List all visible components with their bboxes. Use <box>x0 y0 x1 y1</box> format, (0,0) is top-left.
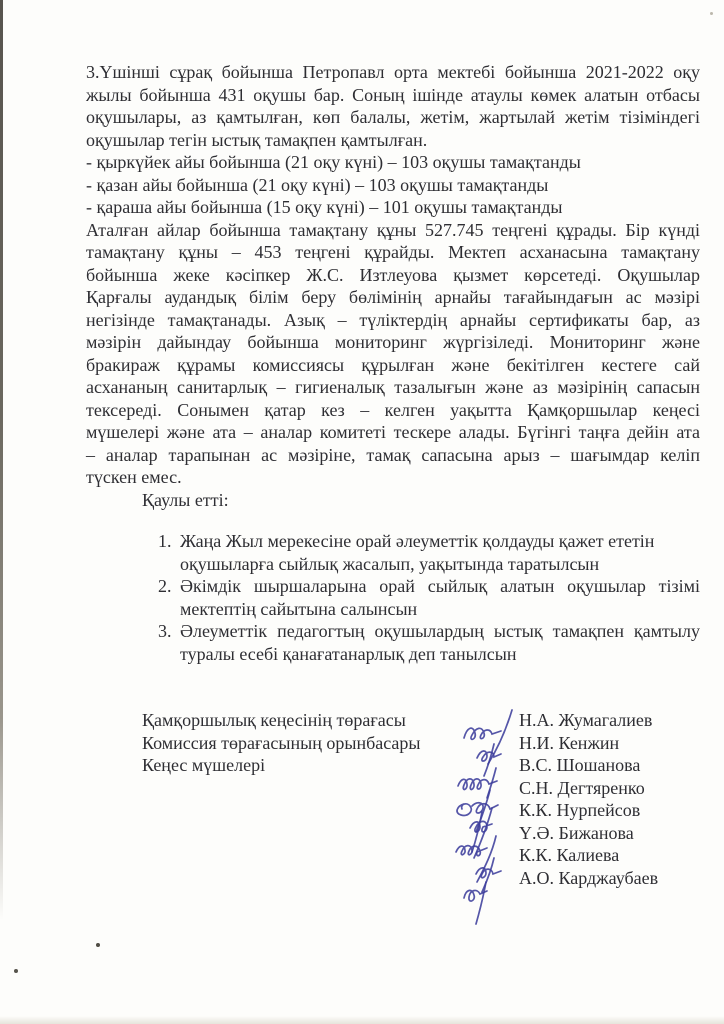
body-line: бракираж құрамы комиссиясы құрылған және… <box>86 354 700 377</box>
resolution-item: 1. Жаңа Жыл мерекесіне орай әлеуметтік қ… <box>158 530 700 575</box>
scan-edge-shadow-bottom <box>0 1016 724 1024</box>
body-line: мәзірін дайындау бойынша мониторинг жүрг… <box>86 331 700 354</box>
signature-stroke <box>476 882 486 924</box>
body-line: оқушылары, аз қамтылған, көп балалы, жет… <box>86 106 700 129</box>
item-line: мектептің сайытына салынсын <box>180 598 700 621</box>
item-text: Жаңа Жыл мерекесіне орай әлеуметтік қолд… <box>180 530 700 575</box>
item-text: Әкімдік шыршаларына орай сыйлық алатын о… <box>180 575 700 620</box>
body-line-bullet: - қыркүйек айы бойынша (21 оқу күні) – 1… <box>86 151 700 174</box>
signatory-roles: Қамқоршылық кеңесінің төрағасы Комиссия … <box>142 709 421 777</box>
signatory-role: Кеңес мүшелері <box>142 754 421 777</box>
body-line: Қарғалы аудандық білім беру бөлімінің ар… <box>86 286 700 309</box>
body-line: жылы бойынша 431 оқушы бар. Соның ішінде… <box>86 84 700 107</box>
resolution-item: 3. Әлеуметтік педагогтың оқушылардың ыст… <box>158 620 700 665</box>
signatory-name: К.К. Нурпейсов <box>519 799 658 822</box>
signature-stroke <box>456 846 487 856</box>
body-line: түскен емес. <box>86 466 700 489</box>
signature-stroke <box>457 804 471 816</box>
body-line: тамақтану құны – 453 теңгені құрайды. Ме… <box>86 241 700 264</box>
body-line: бойынша жеке кәсіпкер Ж.С. Изтлеуова қыз… <box>86 264 700 287</box>
signatory-role: Қамқоршылық кеңесінің төрағасы <box>142 709 421 732</box>
signature-stroke <box>464 728 501 739</box>
item-number: 3. <box>158 620 180 665</box>
body-line-bullet: - қараша айы бойынша (15 оқу күні) – 101… <box>86 196 700 219</box>
body-line: мүшелері және ата – аналар комитеті теск… <box>86 421 700 444</box>
body-line: асхананың санитарлық – гигиеналық тазалы… <box>86 376 700 399</box>
scan-speck <box>96 943 100 947</box>
signatory-name: С.Н. Дегтяренко <box>519 777 658 800</box>
signatory-name: К.К. Калиева <box>519 844 658 867</box>
item-line: Жаңа Жыл мерекесіне орай әлеуметтік қолд… <box>180 530 700 553</box>
body-line: оқушылар тегін ыстық тамақпен қамтылған. <box>86 129 700 152</box>
signatory-role: Комиссия төрағасының орынбасары <box>142 732 421 755</box>
item-text: Әлеуметтік педагогтың оқушылардың ыстық … <box>180 620 700 665</box>
signature-stroke <box>482 858 494 892</box>
body-line: негізінде тамақтанады. Азық – түліктерді… <box>86 309 700 332</box>
item-line: оқушыларға сыйлық жасалып, уақытында тар… <box>180 553 700 576</box>
body-line: 3.Үшінші сұрақ бойынша Петропавл орта ме… <box>86 61 700 84</box>
scanned-document-page: 3.Үшінші сұрақ бойынша Петропавл орта ме… <box>0 0 724 1024</box>
signatory-name: Н.А. Жумагалиев <box>519 709 658 732</box>
signatory-names: Н.А. Жумагалиев Н.И. Кенжин В.С. Шошанов… <box>519 709 658 889</box>
scan-speck <box>14 969 18 973</box>
body-line: Аталған айлар бойынша тамақтану құны 527… <box>86 219 700 242</box>
signatory-name: В.С. Шошанова <box>519 754 658 777</box>
body-text-block: 3.Үшінші сұрақ бойынша Петропавл орта ме… <box>86 61 700 511</box>
item-line: Әкімдік шыршаларына орай сыйлық алатын о… <box>180 575 700 598</box>
signature-section: Қамқоршылық кеңесінің төрағасы Комиссия … <box>0 709 724 909</box>
signatory-name: Н.И. Кенжин <box>519 732 658 755</box>
body-line-bullet: - қазан айы бойынша (21 оқу күні) – 103 … <box>86 174 700 197</box>
body-line: – аналар тарапынан ас мәзіріне, тамақ са… <box>86 444 700 467</box>
item-line: Әлеуметтік педагогтың оқушылардың ыстық … <box>180 620 700 643</box>
signatory-name: Ү.Ә. Бижанова <box>519 822 658 845</box>
scan-edge-shadow-left <box>0 0 3 920</box>
body-line: тексереді. Сонымен қатар кез – келген уа… <box>86 399 700 422</box>
resolution-list: 1. Жаңа Жыл мерекесіне орай әлеуметтік қ… <box>158 530 700 665</box>
scan-speck <box>710 12 713 15</box>
signature-stroke <box>470 821 492 832</box>
item-number: 1. <box>158 530 180 575</box>
resolution-heading: Қаулы етті: <box>86 489 700 512</box>
resolution-item: 2. Әкімдік шыршаларына орай сыйлық алаты… <box>158 575 700 620</box>
item-line: туралы есебі қанағатанарлық деп танылсын <box>180 643 700 666</box>
item-number: 2. <box>158 575 180 620</box>
signatory-name: А.О. Карджаубаев <box>519 867 658 890</box>
